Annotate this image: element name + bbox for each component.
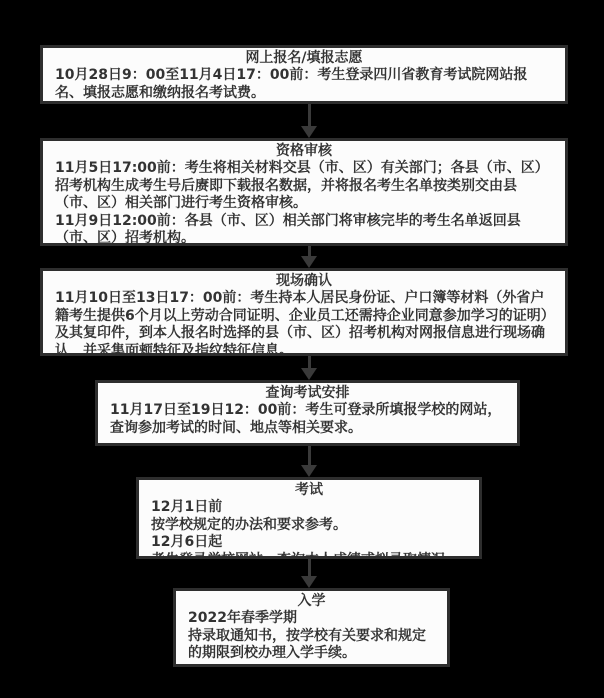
arrow-head-icon: [301, 368, 317, 380]
step-title: 考试: [151, 482, 467, 499]
step-box-online-registration: 网上报名/填报志愿 10月28日9：00至11月4日17：00前：考生登录四川省…: [40, 45, 568, 104]
arrow-stem: [308, 356, 311, 368]
step-box-enrollment: 入学 2022年春季学期 持录取通知书，按学校有关要求和规定的期限到校办理入学手…: [173, 588, 450, 667]
arrow-stem: [308, 104, 311, 126]
down-arrow-connector: [301, 246, 317, 268]
down-arrow-connector: [301, 446, 317, 477]
step-text-line: 12月1日前: [151, 499, 467, 516]
step-box-examination: 考试 12月1日前 按学校规定的办法和要求参考。 12月6日起 考生登录学校网站…: [136, 477, 482, 559]
step-title: 网上报名/填报志愿: [55, 50, 553, 67]
step-text-line: 11月10日至13日17：00前：考生持本人居民身份证、户口簿等材料（外省户籍考…: [55, 290, 553, 356]
step-title: 入学: [188, 593, 435, 610]
step-box-exam-schedule-query: 查询考试安排 11月17日至19日12：00前：考生可登录所填报学校的网站，查询…: [95, 380, 520, 446]
step-text-line: 10月28日9：00至11月4日17：00前：考生登录四川省教育考试院网站报名、…: [55, 67, 553, 102]
step-title: 现场确认: [55, 273, 553, 290]
arrow-stem: [308, 446, 311, 465]
step-text-line: 按学校规定的办法和要求参考。: [151, 517, 467, 534]
arrow-head-icon: [301, 576, 317, 588]
step-box-onsite-confirmation: 现场确认 11月10日至13日17：00前：考生持本人居民身份证、户口簿等材料（…: [40, 268, 568, 356]
step-text-line: 11月5日17:00前：考生将相关材料交县（市、区）有关部门；各县（市、区）招考…: [55, 160, 553, 212]
step-text-line: 考生登录学校网站，查询本人成绩或拟录取情况.: [151, 552, 467, 559]
arrow-head-icon: [301, 256, 317, 268]
step-title: 查询考试安排: [110, 385, 505, 402]
arrow-head-icon: [301, 465, 317, 477]
arrow-head-icon: [301, 126, 317, 138]
down-arrow-connector: [301, 104, 317, 138]
step-text-line: 持录取通知书，按学校有关要求和规定的期限到校办理入学手续。: [188, 628, 435, 663]
step-text-line: 11月17日至19日12：00前：考生可登录所填报学校的网站，查询参加考试的时间…: [110, 402, 505, 437]
arrow-stem: [308, 559, 311, 576]
step-text-line: 12月6日起: [151, 534, 467, 551]
down-arrow-connector: [301, 559, 317, 588]
flowchart-canvas: 网上报名/填报志愿 10月28日9：00至11月4日17：00前：考生登录四川省…: [0, 0, 604, 698]
step-box-qualification-review: 资格审核 11月5日17:00前：考生将相关材料交县（市、区）有关部门；各县（市…: [40, 138, 568, 246]
down-arrow-connector: [301, 356, 317, 380]
step-text-line: 11月9日12:00前：各县（市、区）相关部门将审核完毕的考生名单返回县（市、区…: [55, 213, 553, 246]
step-title: 资格审核: [55, 143, 553, 160]
arrow-stem: [308, 246, 311, 256]
step-text-line: 2022年春季学期: [188, 610, 435, 627]
